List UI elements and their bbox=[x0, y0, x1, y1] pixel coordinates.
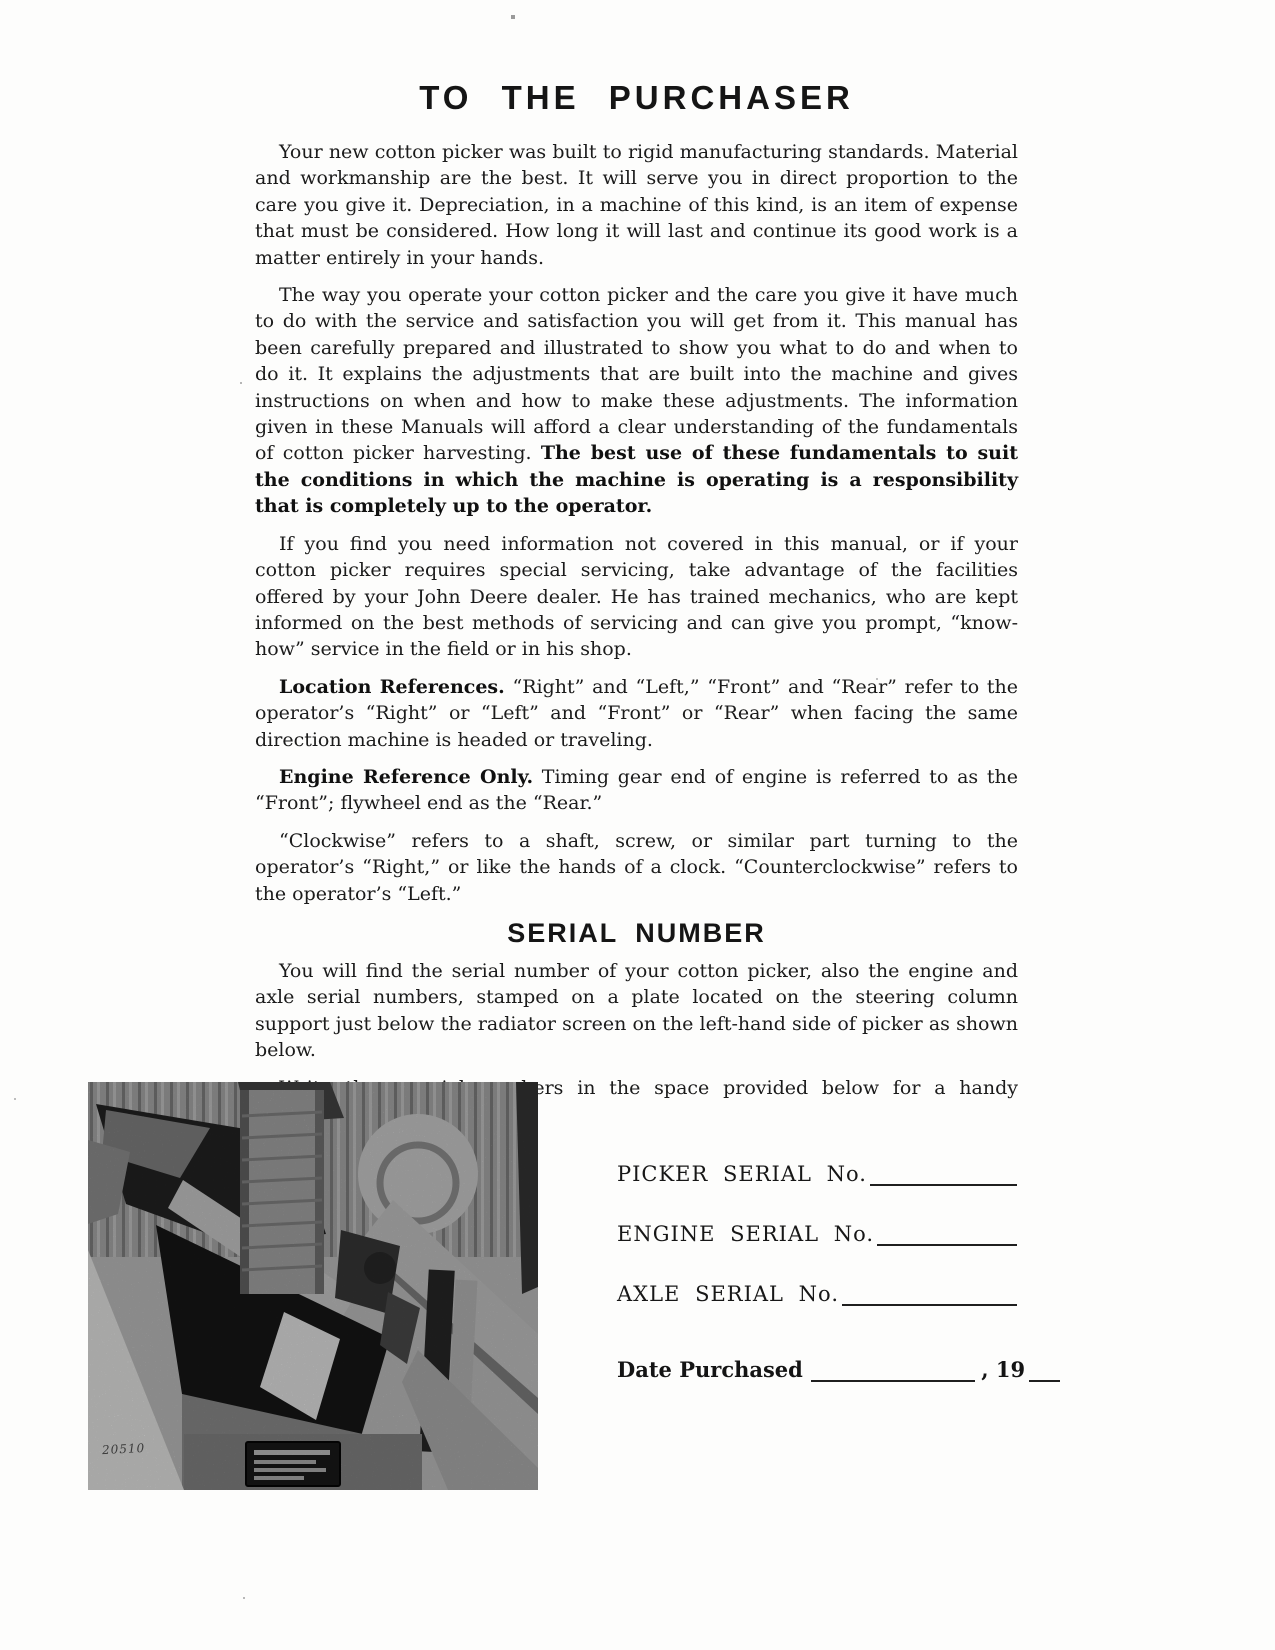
serial-plate-photo-art bbox=[88, 1082, 538, 1490]
paragraph-text: The way you operate your cotton picker a… bbox=[255, 284, 1018, 464]
picker-serial-row: PICKER SERIAL No. bbox=[617, 1156, 1017, 1186]
engine-reference-paragraph: Engine Reference Only. Timing gear end o… bbox=[255, 764, 1018, 817]
intro-paragraph-2: The way you operate your cotton picker a… bbox=[255, 282, 1018, 520]
paragraph-text: If you find you need information not cov… bbox=[255, 533, 1018, 661]
location-references-paragraph: Location References. “Right” and “Left,”… bbox=[255, 674, 1018, 753]
serial-number-form: PICKER SERIAL No. ENGINE SERIAL No. AXLE… bbox=[617, 1156, 1017, 1336]
page-title: TO THE PURCHASER bbox=[255, 80, 1018, 116]
engine-serial-blank-line bbox=[877, 1218, 1017, 1246]
paragraph-text: Your new cotton picker was built to rigi… bbox=[255, 141, 1018, 269]
picker-serial-label: PICKER SERIAL No. bbox=[617, 1162, 867, 1186]
date-purchased-label: Date Purchased bbox=[617, 1357, 803, 1382]
paragraph-text: “Clockwise” refers to a shaft, screw, or… bbox=[255, 830, 1018, 905]
axle-serial-blank-line bbox=[842, 1278, 1017, 1306]
scan-specks bbox=[0, 0, 2, 2]
photo-figure-number: 20510 bbox=[102, 1441, 146, 1457]
axle-serial-row: AXLE SERIAL No. bbox=[617, 1276, 1017, 1306]
picker-serial-blank-line bbox=[870, 1158, 1017, 1186]
serial-paragraph-1: You will find the serial number of your … bbox=[255, 958, 1018, 1064]
clockwise-paragraph: “Clockwise” refers to a shaft, screw, or… bbox=[255, 828, 1018, 907]
date-purchased-row: Date Purchased , 19 bbox=[617, 1352, 1060, 1382]
intro-paragraph-1: Your new cotton picker was built to rigi… bbox=[255, 139, 1018, 271]
engine-serial-label: ENGINE SERIAL No. bbox=[617, 1222, 874, 1246]
engine-serial-row: ENGINE SERIAL No. bbox=[617, 1216, 1017, 1246]
serial-plate-photo: 20510 bbox=[88, 1082, 538, 1490]
paragraph-lead-in: Location References. bbox=[279, 676, 505, 698]
year-blank-line bbox=[1029, 1354, 1060, 1382]
manual-page: TO THE PURCHASER Your new cotton picker … bbox=[0, 0, 1275, 1650]
paragraph-lead-in: Engine Reference Only. bbox=[279, 766, 533, 788]
page-content: TO THE PURCHASER Your new cotton picker … bbox=[255, 80, 1018, 1138]
serial-number-heading: SERIAL NUMBER bbox=[255, 918, 1018, 948]
date-purchased-blank-line bbox=[811, 1354, 975, 1382]
year-prefix-label: , 19 bbox=[981, 1357, 1025, 1382]
axle-serial-label: AXLE SERIAL No. bbox=[617, 1282, 839, 1306]
intro-paragraph-3: If you find you need information not cov… bbox=[255, 531, 1018, 663]
paragraph-text: You will find the serial number of your … bbox=[255, 960, 1018, 1061]
